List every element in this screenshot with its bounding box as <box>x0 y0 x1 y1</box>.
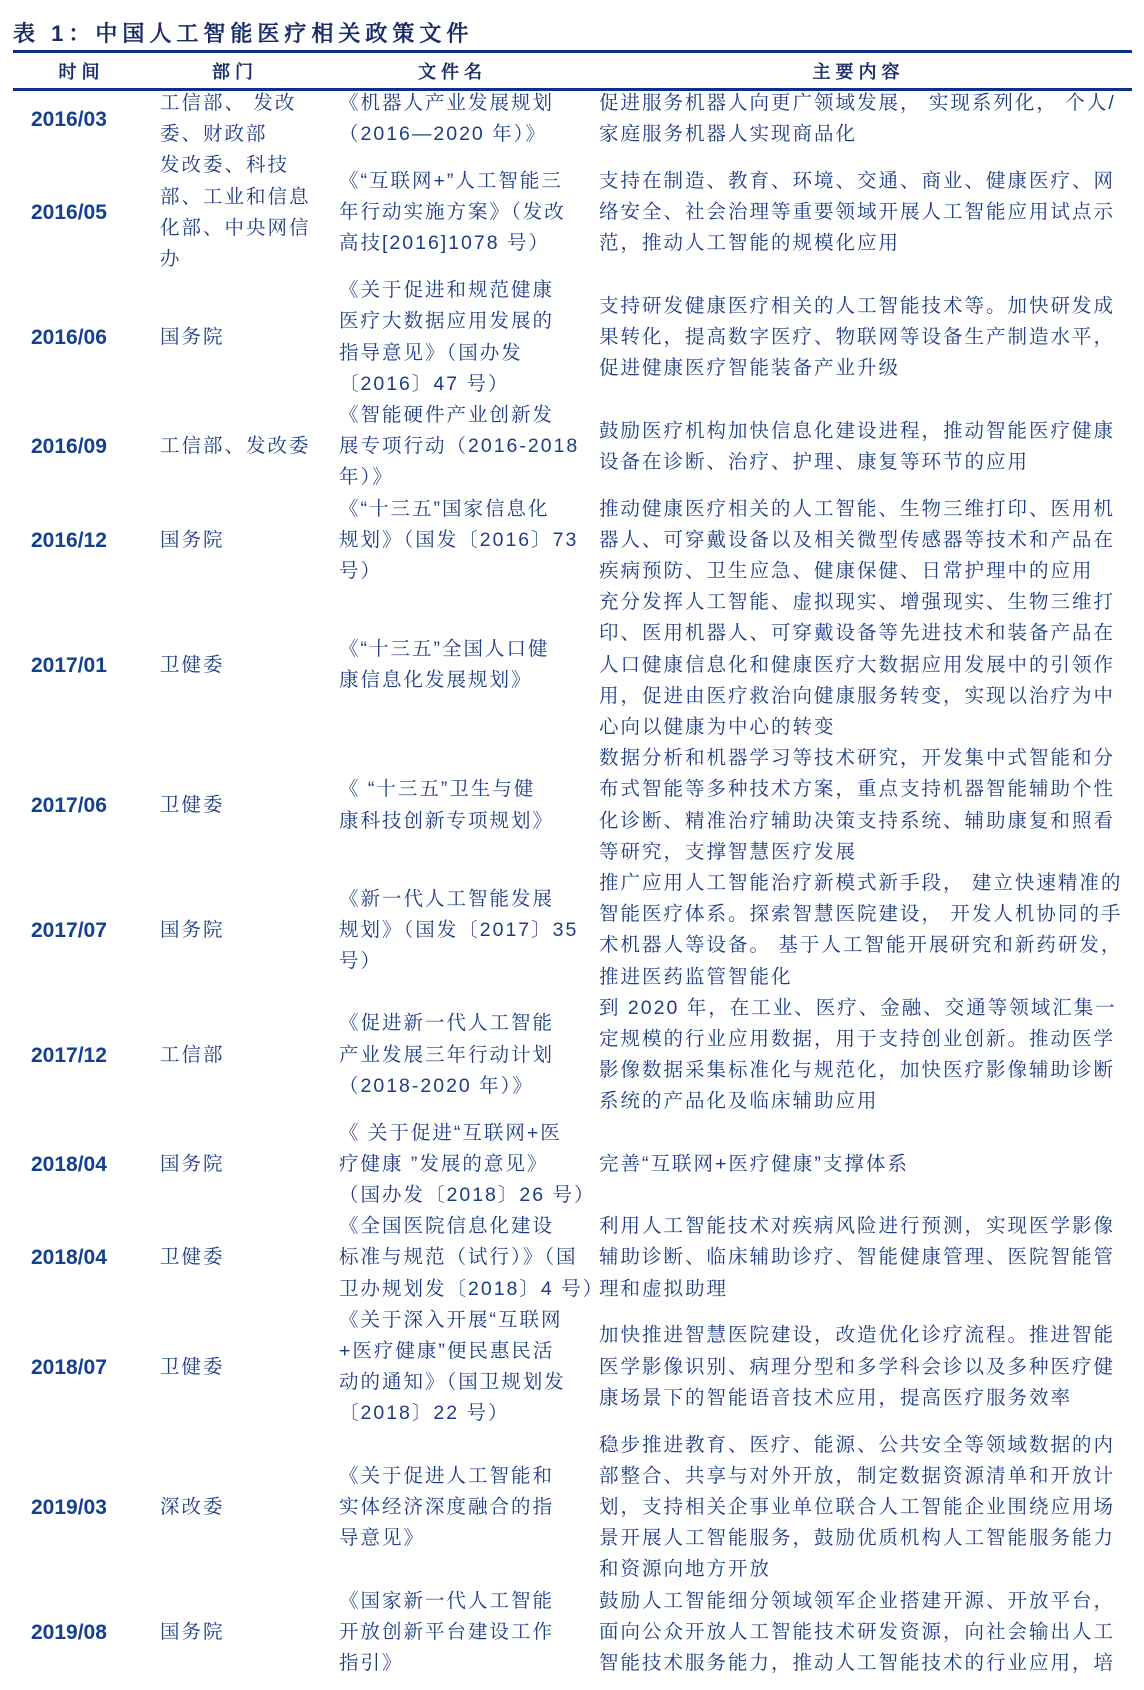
date-cell: 2016/09 <box>13 400 145 494</box>
text-line: 《国家新一代人工智能 <box>339 1586 580 1617</box>
text-line: 器人、可穿戴设备以及相关微型传感器等技术和产品在 <box>599 525 1132 556</box>
text-line: 产业发展三年行动计划 <box>339 1040 580 1071</box>
text-line: 果转化，提高数字医疗、物联网等设备生产制造水平， <box>599 322 1132 353</box>
text-line: 疾病预防、卫生应急、健康保健、日常护理中的应用 <box>599 556 1132 587</box>
date-text: 2016/06 <box>31 322 145 353</box>
date-cell: 2017/12 <box>13 993 145 1118</box>
text-line: 支持在制造、教育、环境、交通、商业、健康医疗、网 <box>599 166 1132 197</box>
document-cell: 《机器人产业发展规划（2016—2020 年）》 <box>320 88 580 150</box>
department-cell: 国务院 <box>145 1586 320 1680</box>
content-cell: 利用人工智能技术对疾病风险进行预测，实现医学影像辅助诊断、临床辅助诊疗、智能健康… <box>580 1211 1132 1305</box>
text-line: 利用人工智能技术对疾病风险进行预测，实现医学影像 <box>599 1211 1132 1242</box>
department-cell: 国务院 <box>145 1118 320 1212</box>
table-row: 2016/09工信部、发改委《智能硬件产业创新发展专项行动（2016-2018年… <box>13 400 1132 494</box>
text-line: 指引》 <box>339 1648 580 1679</box>
content-cell: 充分发挥人工智能、虚拟现实、增强现实、生物三维打印、医用机器人、可穿戴设备等先进… <box>580 587 1132 743</box>
date-text: 2016/09 <box>31 431 145 462</box>
text-line: 《关于促进人工智能和 <box>339 1461 580 1492</box>
text-line: 影像数据采集标准化与规范化，加快医疗影像辅助诊断 <box>599 1055 1132 1086</box>
table-row: 2016/03工信部、 发改委、财政部《机器人产业发展规划（2016—2020 … <box>13 88 1132 150</box>
table-row: 2019/08国务院《国家新一代人工智能开放创新平台建设工作指引》鼓励人工智能细… <box>13 1586 1132 1680</box>
text-line: 开放创新平台建设工作 <box>339 1617 580 1648</box>
department-cell: 国务院 <box>145 494 320 588</box>
content-cell: 鼓励医疗机构加快信息化建设进程，推动智能医疗健康设备在诊断、治疗、护理、康复等环… <box>580 400 1132 494</box>
content-cell: 鼓励人工智能细分领域领军企业搭建开源、开放平台，面向公众开放人工智能技术研发资源… <box>580 1586 1132 1680</box>
text-line: 《促进新一代人工智能 <box>339 1008 580 1039</box>
text-line: 《 关于促进“互联网+医 <box>339 1118 580 1149</box>
text-line: 系统的产品化及临床辅助应用 <box>599 1086 1132 1117</box>
content-cell: 数据分析和机器学习等技术研究，开发集中式智能和分布式智能等多种技术方案，重点支持… <box>580 743 1132 868</box>
text-line: 号） <box>339 556 580 587</box>
date-text: 2019/08 <box>31 1617 145 1648</box>
content-cell: 支持在制造、教育、环境、交通、商业、健康医疗、网络安全、社会治理等重要领域开展人… <box>580 150 1132 275</box>
text-line: 络安全、社会治理等重要领域开展人工智能应用试点示 <box>599 197 1132 228</box>
table-row: 2018/07卫健委《关于深入开展“互联网+医疗健康”便民惠民活动的通知》（国卫… <box>13 1305 1132 1430</box>
text-line: （国办发〔2018〕26 号） <box>339 1180 580 1211</box>
column-header-date: 时间 <box>13 53 145 88</box>
text-line: 《智能硬件产业创新发 <box>339 400 580 431</box>
date-cell: 2017/01 <box>13 587 145 743</box>
table-row: 2016/05发改委、科技部、工业和信息化部、中央网信办《“互联网+”人工智能三… <box>13 150 1132 275</box>
text-line: 人口健康信息化和健康医疗大数据应用发展中的引领作 <box>599 650 1132 681</box>
document-cell: 《关于深入开展“互联网+医疗健康”便民惠民活动的通知》（国卫规划发〔2018〕2… <box>320 1305 580 1430</box>
document-cell: 《促进新一代人工智能产业发展三年行动计划（2018-2020 年）》 <box>320 993 580 1118</box>
department-cell: 深改委 <box>145 1430 320 1586</box>
text-line: 《“十三五”国家信息化 <box>339 494 580 525</box>
date-text: 2017/12 <box>31 1040 145 1071</box>
text-line: 委、财政部 <box>160 119 320 150</box>
text-line: 实体经济深度融合的指 <box>339 1492 580 1523</box>
date-cell: 2016/12 <box>13 494 145 588</box>
date-cell: 2016/03 <box>13 88 145 150</box>
date-cell: 2017/07 <box>13 868 145 993</box>
text-line: 《关于促进和规范健康 <box>339 275 580 306</box>
text-line: 深改委 <box>160 1492 320 1523</box>
table-body: 2016/03工信部、 发改委、财政部《机器人产业发展规划（2016—2020 … <box>13 88 1132 1679</box>
text-line: 用，促进由医疗救治向健康服务转变，实现以治疗为中 <box>599 681 1132 712</box>
text-line: 支持研发健康医疗相关的人工智能技术等。加快研发成 <box>599 291 1132 322</box>
text-line: 医疗大数据应用发展的 <box>339 306 580 337</box>
text-line: 医学影像识别、病理分型和多学科会诊以及多种医疗健 <box>599 1352 1132 1383</box>
text-line: 智能技术服务能力，推动人工智能技术的行业应用，培 <box>599 1648 1132 1679</box>
document-cell: 《 “十三五”卫生与健康科技创新专项规划》 <box>320 743 580 868</box>
text-line: （2018-2020 年）》 <box>339 1071 580 1102</box>
date-text: 2017/07 <box>31 915 145 946</box>
text-line: 推动健康医疗相关的人工智能、生物三维打印、医用机 <box>599 494 1132 525</box>
document-cell: 《“互联网+”人工智能三年行动实施方案》（发改高技[2016]1078 号） <box>320 150 580 275</box>
text-line: +医疗健康”便民惠民活 <box>339 1336 580 1367</box>
date-cell: 2017/06 <box>13 743 145 868</box>
date-text: 2018/04 <box>31 1242 145 1273</box>
text-line: 化部、中央网信 <box>160 213 320 244</box>
text-line: 设备在诊断、治疗、护理、康复等环节的应用 <box>599 447 1132 478</box>
document-cell: 《关于促进和规范健康医疗大数据应用发展的指导意见》（国办发〔2016〕47 号） <box>320 275 580 400</box>
text-line: 家庭服务机器人实现商品化 <box>599 119 1132 150</box>
text-line: 布式智能等多种技术方案，重点支持机器智能辅助个性 <box>599 774 1132 805</box>
document-cell: 《“十三五”国家信息化规划》（国发〔2016〕73号） <box>320 494 580 588</box>
department-cell: 卫健委 <box>145 1211 320 1305</box>
text-line: 规划》（国发〔2016〕73 <box>339 525 580 556</box>
text-line: 卫办规划发〔2018〕4 号） <box>339 1274 580 1305</box>
column-header-department: 部门 <box>145 53 320 88</box>
text-line: 办 <box>160 244 320 275</box>
text-line: 鼓励医疗机构加快信息化建设进程，推动智能医疗健康 <box>599 416 1132 447</box>
text-line: 国务院 <box>160 1617 320 1648</box>
date-text: 2016/03 <box>31 104 145 135</box>
date-cell: 2018/04 <box>13 1118 145 1212</box>
content-cell: 稳步推进教育、医疗、能源、公共安全等领域数据的内部整合、共享与对外开放，制定数据… <box>580 1430 1132 1586</box>
content-cell: 推广应用人工智能治疗新模式新手段， 建立快速精准的智能医疗体系。探索智慧医院建设… <box>580 868 1132 993</box>
table-row: 2018/04国务院《 关于促进“互联网+医疗健康 ”发展的意见》（国办发〔20… <box>13 1118 1132 1212</box>
department-cell: 国务院 <box>145 275 320 400</box>
text-line: 规划》（国发〔2017〕35 <box>339 915 580 946</box>
document-cell: 《 关于促进“互联网+医疗健康 ”发展的意见》（国办发〔2018〕26 号） <box>320 1118 580 1212</box>
text-line: 推广应用人工智能治疗新模式新手段， 建立快速精准的 <box>599 868 1132 899</box>
text-line: 促进服务机器人向更广领域发展， 实现系列化， 个人/ <box>599 88 1132 119</box>
text-line: 心向以健康为中心的转变 <box>599 712 1132 743</box>
date-cell: 2019/03 <box>13 1430 145 1586</box>
table-row: 2017/01卫健委《“十三五”全国人口健康信息化发展规划》充分发挥人工智能、虚… <box>13 587 1132 743</box>
table-row: 2019/03深改委《关于促进人工智能和实体经济深度融合的指导意见》稳步推进教育… <box>13 1430 1132 1586</box>
text-line: 推进医药监管智能化 <box>599 962 1132 993</box>
text-line: 发改委、科技 <box>160 150 320 181</box>
department-cell: 工信部 <box>145 993 320 1118</box>
text-line: 年）》 <box>339 462 580 493</box>
document-cell: 《关于促进人工智能和实体经济深度融合的指导意见》 <box>320 1430 580 1586</box>
table-row: 2017/12工信部《促进新一代人工智能产业发展三年行动计划（2018-2020… <box>13 993 1132 1118</box>
table-header: 时间 部门 文件名 主要内容 <box>13 53 1132 88</box>
department-cell: 工信部、发改委 <box>145 400 320 494</box>
text-line: 国务院 <box>160 1149 320 1180</box>
table-row: 2018/04卫健委《全国医院信息化建设标准与规范（试行）》（国卫办规划发〔20… <box>13 1211 1132 1305</box>
text-line: 稳步推进教育、医疗、能源、公共安全等领域数据的内 <box>599 1430 1132 1461</box>
text-line: 理和虚拟助理 <box>599 1274 1132 1305</box>
content-cell: 推动健康医疗相关的人工智能、生物三维打印、医用机器人、可穿戴设备以及相关微型传感… <box>580 494 1132 588</box>
text-line: 导意见》 <box>339 1523 580 1554</box>
date-text: 2017/06 <box>31 790 145 821</box>
text-line: 工信部、发改委 <box>160 431 320 462</box>
text-line: 辅助诊断、临床辅助诊疗、智能健康管理、医院智能管 <box>599 1242 1132 1273</box>
text-line: 和资源向地方开放 <box>599 1554 1132 1585</box>
content-cell: 到 2020 年，在工业、医疗、金融、交通等领域汇集一定规模的行业应用数据，用于… <box>580 993 1132 1118</box>
text-line: 指导意见》（国办发 <box>339 338 580 369</box>
date-cell: 2016/05 <box>13 150 145 275</box>
text-line: 〔2018〕22 号） <box>339 1398 580 1429</box>
text-line: 卫健委 <box>160 790 320 821</box>
text-line: 动的通知》（国卫规划发 <box>339 1367 580 1398</box>
text-line: 数据分析和机器学习等技术研究，开发集中式智能和分 <box>599 743 1132 774</box>
date-text: 2019/03 <box>31 1492 145 1523</box>
department-cell: 卫健委 <box>145 1305 320 1430</box>
text-line: 划，支持相关企事业单位联合人工智能企业围绕应用场 <box>599 1492 1132 1523</box>
text-line: 《新一代人工智能发展 <box>339 884 580 915</box>
document-cell: 《智能硬件产业创新发展专项行动（2016-2018年）》 <box>320 400 580 494</box>
text-line: 部、工业和信息 <box>160 182 320 213</box>
text-line: （2016—2020 年）》 <box>339 119 580 150</box>
text-line: 术机器人等设备。 基于人工智能开展研究和新药研发， <box>599 930 1132 961</box>
column-header-content: 主要内容 <box>580 53 1132 88</box>
date-text: 2016/12 <box>31 525 145 556</box>
content-cell: 支持研发健康医疗相关的人工智能技术等。加快研发成果转化，提高数字医疗、物联网等设… <box>580 275 1132 400</box>
document-cell: 《“十三五”全国人口健康信息化发展规划》 <box>320 587 580 743</box>
text-line: 《机器人产业发展规划 <box>339 88 580 119</box>
document-cell: 《国家新一代人工智能开放创新平台建设工作指引》 <box>320 1586 580 1680</box>
text-line: 康科技创新专项规划》 <box>339 806 580 837</box>
text-line: 国务院 <box>160 915 320 946</box>
text-line: 高技[2016]1078 号） <box>339 228 580 259</box>
department-cell: 发改委、科技部、工业和信息化部、中央网信办 <box>145 150 320 275</box>
date-text: 2018/04 <box>31 1149 145 1180</box>
text-line: 智能医疗体系。探索智慧医院建设， 开发人机协同的手 <box>599 899 1132 930</box>
department-cell: 工信部、 发改委、财政部 <box>145 88 320 150</box>
document-cell: 《全国医院信息化建设标准与规范（试行）》（国卫办规划发〔2018〕4 号） <box>320 1211 580 1305</box>
text-line: 卫健委 <box>160 1352 320 1383</box>
text-line: 疗健康 ”发展的意见》 <box>339 1149 580 1180</box>
text-line: 号） <box>339 946 580 977</box>
table-title: 表 1：中国人工智能医疗相关政策文件 <box>13 21 473 47</box>
text-line: 卫健委 <box>160 650 320 681</box>
text-line: 到 2020 年，在工业、医疗、金融、交通等领域汇集一 <box>599 993 1132 1024</box>
text-line: 景开展人工智能服务，鼓励优质机构人工智能服务能力 <box>599 1523 1132 1554</box>
text-line: 《“互联网+”人工智能三 <box>339 166 580 197</box>
text-line: 范，推动人工智能的规模化应用 <box>599 228 1132 259</box>
text-line: 鼓励人工智能细分领域领军企业搭建开源、开放平台， <box>599 1586 1132 1617</box>
text-line: 印、医用机器人、可穿戴设备等先进技术和装备产品在 <box>599 618 1132 649</box>
text-line: 卫健委 <box>160 1242 320 1273</box>
text-line: 部整合、共享与对外开放，制定数据资源清单和开放计 <box>599 1461 1132 1492</box>
department-cell: 卫健委 <box>145 587 320 743</box>
text-line: 充分发挥人工智能、虚拟现实、增强现实、生物三维打 <box>599 587 1132 618</box>
content-cell: 加快推进智慧医院建设，改造优化诊疗流程。推进智能医学影像识别、病理分型和多学科会… <box>580 1305 1132 1430</box>
department-cell: 卫健委 <box>145 743 320 868</box>
table-row: 2016/12国务院《“十三五”国家信息化规划》（国发〔2016〕73号）推动健… <box>13 494 1132 588</box>
text-line: 工信部、 发改 <box>160 88 320 119</box>
content-cell: 完善“互联网+医疗健康”支撑体系 <box>580 1118 1132 1212</box>
text-line: 〔2016〕47 号） <box>339 369 580 400</box>
date-text: 2017/01 <box>31 650 145 681</box>
table-row: 2017/07国务院《新一代人工智能发展规划》（国发〔2017〕35号）推广应用… <box>13 868 1132 993</box>
date-cell: 2018/07 <box>13 1305 145 1430</box>
text-line: 等研究，支撑智慧医疗发展 <box>599 837 1132 868</box>
text-line: 《关于深入开展“互联网 <box>339 1305 580 1336</box>
document-cell: 《新一代人工智能发展规划》（国发〔2017〕35号） <box>320 868 580 993</box>
text-line: 化诊断、精准治疗辅助决策支持系统、辅助康复和照看 <box>599 806 1132 837</box>
date-text: 2016/05 <box>31 197 145 228</box>
column-header-document: 文件名 <box>320 53 580 88</box>
text-line: 面向公众开放人工智能技术研发资源，向社会输出人工 <box>599 1617 1132 1648</box>
content-cell: 促进服务机器人向更广领域发展， 实现系列化， 个人/家庭服务机器人实现商品化 <box>580 88 1132 150</box>
date-text: 2018/07 <box>31 1352 145 1383</box>
text-line: 标准与规范（试行）》（国 <box>339 1242 580 1273</box>
text-line: 《全国医院信息化建设 <box>339 1211 580 1242</box>
text-line: 定规模的行业应用数据，用于支持创业创新。推动医学 <box>599 1024 1132 1055</box>
text-line: 国务院 <box>160 525 320 556</box>
text-line: 《“十三五”全国人口健 <box>339 634 580 665</box>
text-line: 年行动实施方案》（发改 <box>339 197 580 228</box>
department-cell: 国务院 <box>145 868 320 993</box>
text-line: 康信息化发展规划》 <box>339 665 580 696</box>
text-line: 完善“互联网+医疗健康”支撑体系 <box>599 1149 1132 1180</box>
table-row: 2016/06国务院《关于促进和规范健康医疗大数据应用发展的指导意见》（国办发〔… <box>13 275 1132 400</box>
date-cell: 2019/08 <box>13 1586 145 1680</box>
text-line: 康场景下的智能语音技术应用，提高医疗服务效率 <box>599 1383 1132 1414</box>
table-row: 2017/06卫健委《 “十三五”卫生与健康科技创新专项规划》数据分析和机器学习… <box>13 743 1132 868</box>
text-line: 展专项行动（2016-2018 <box>339 431 580 462</box>
text-line: 工信部 <box>160 1040 320 1071</box>
date-cell: 2018/04 <box>13 1211 145 1305</box>
date-cell: 2016/06 <box>13 275 145 400</box>
text-line: 促进健康医疗智能装备产业升级 <box>599 353 1132 384</box>
text-line: 《 “十三五”卫生与健 <box>339 774 580 805</box>
text-line: 加快推进智慧医院建设，改造优化诊疗流程。推进智能 <box>599 1320 1132 1351</box>
text-line: 国务院 <box>160 322 320 353</box>
